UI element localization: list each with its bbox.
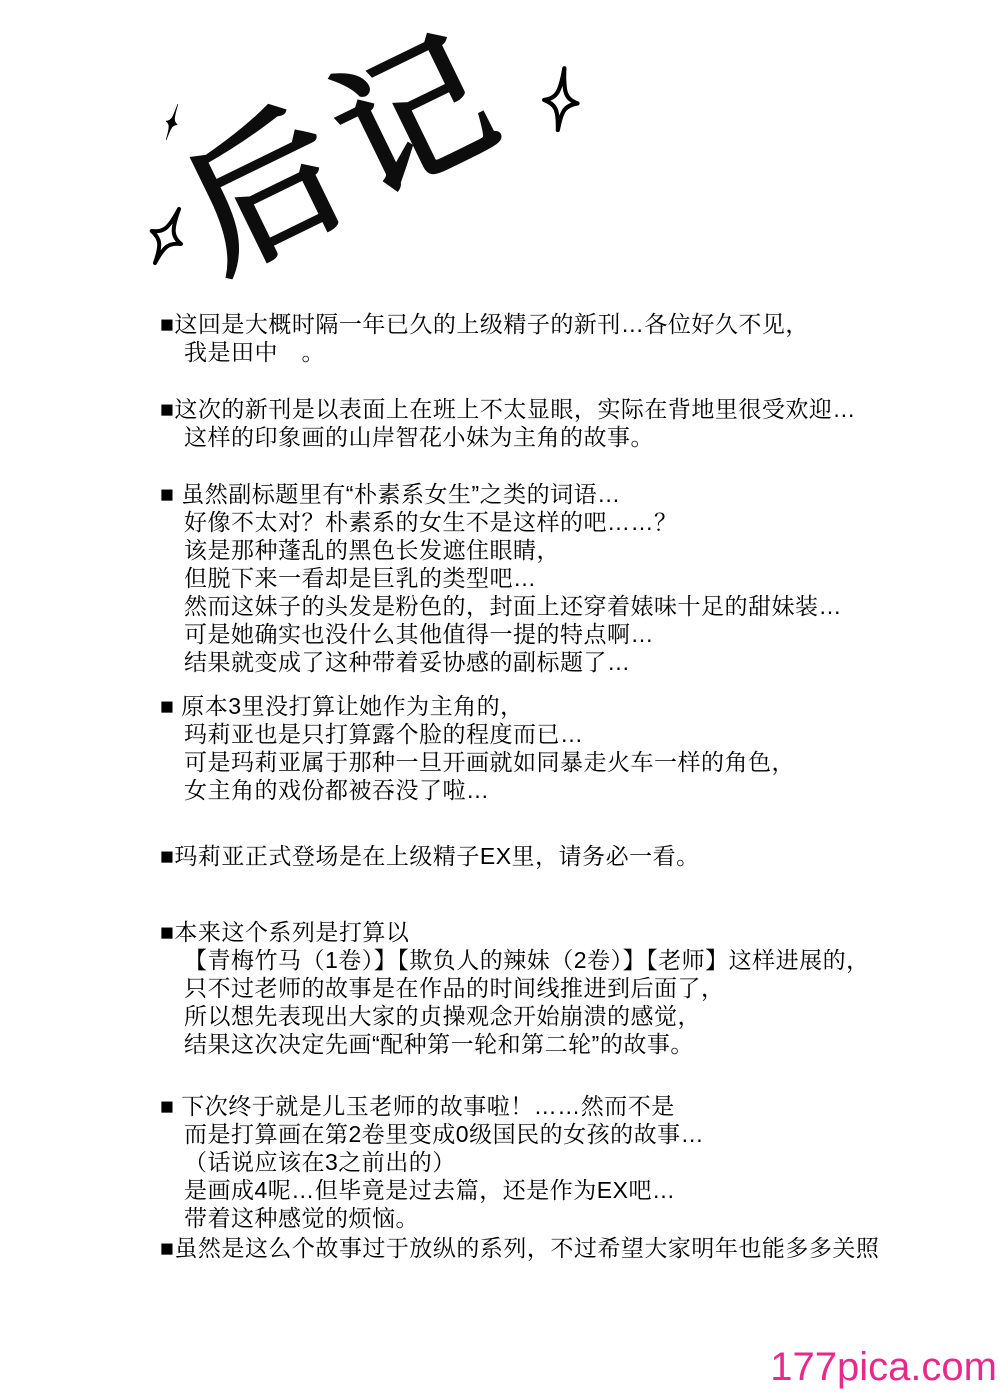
text-line: 然而这妹子的头发是粉色的，封面上还穿着婊味十足的甜妹装… (184, 592, 879, 620)
paragraph: ■玛莉亚正式登场是在上级精子EX里，请务必一看。 (160, 842, 879, 870)
text-line: （话说应该在3之前出的） (184, 1148, 879, 1176)
text-line: 该是那种蓬乱的黑色长发遮住眼睛， (184, 536, 879, 564)
paragraph: ■虽然是这么个故事过于放纵的系列，不过希望大家明年也能多多关照 (160, 1234, 879, 1262)
text-line: 所以想先表现出大家的贞操观念开始崩溃的感觉， (184, 1002, 879, 1030)
text-line: ■ 虽然副标题里有“朴素系女生”之类的词语… (160, 480, 879, 508)
paragraph: ■ 下次终于就是儿玉老师的故事啦！……然而不是 而是打算画在第2卷里变成0级国民… (160, 1092, 879, 1232)
text-line: 只不过老师的故事是在作品的时间线推进到后面了， (184, 974, 879, 1002)
afterword-page: 后记 ■这回是大概时隔一年已久的上级精子的新刊…各位好久不见， 我是田中 。 ■… (0, 0, 1000, 1399)
text-line: ■ 下次终于就是儿玉老师的故事啦！……然而不是 (160, 1092, 879, 1120)
text-line: ■本来这个系列是打算以 (160, 918, 879, 946)
text-line: 好像不太对？朴素系的女生不是这样的吧……？ (184, 508, 879, 536)
text-line: ■ 原本3里没打算让她作为主角的， (160, 692, 879, 720)
watermark: 177pica.com (770, 1345, 997, 1390)
page-title: 后记 (164, 11, 528, 291)
sparkle-icon (536, 60, 586, 140)
text-line: 是画成4呢…但毕竟是过去篇，还是作为EX吧… (184, 1176, 879, 1204)
text-line: 带着这种感觉的烦恼。 (184, 1204, 879, 1232)
text-line: ■这次的新刊是以表面上在班上不太显眼，实际在背地里很受欢迎… (160, 395, 879, 423)
afterword-text: ■这回是大概时隔一年已久的上级精子的新刊…各位好久不见， 我是田中 。 ■这次的… (160, 310, 879, 1262)
text-line: 可是她确实也没什么其他值得一提的特点啊… (184, 620, 879, 648)
paragraph: ■这回是大概时隔一年已久的上级精子的新刊…各位好久不见， 我是田中 。 (160, 310, 879, 366)
text-line: 玛莉亚也是只打算露个脸的程度而已… (184, 720, 879, 748)
text-line: 结果这次决定先画“配种第一轮和第二轮”的故事。 (184, 1030, 879, 1058)
text-line: 结果就变成了这种带着妥协感的副标题了… (184, 648, 879, 676)
text-line: 而是打算画在第2卷里变成0级国民的女孩的故事… (184, 1120, 879, 1148)
text-line: ■这回是大概时隔一年已久的上级精子的新刊…各位好久不见， (160, 310, 879, 338)
text-line: 这样的印象画的山岸智花小妹为主角的故事。 (184, 423, 879, 451)
paragraph: ■ 虽然副标题里有“朴素系女生”之类的词语… 好像不太对？朴素系的女生不是这样的… (160, 480, 879, 676)
text-line: 女主角的戏份都被吞没了啦… (184, 776, 879, 804)
text-line: ■玛莉亚正式登场是在上级精子EX里，请务必一看。 (160, 842, 879, 870)
text-line: 可是玛莉亚属于那种一旦开画就如同暴走火车一样的角色， (184, 748, 879, 776)
paragraph: ■本来这个系列是打算以 【青梅竹马（1卷）】【欺负人的辣妹（2卷）】【老师】这样… (160, 918, 879, 1058)
text-line: ■虽然是这么个故事过于放纵的系列，不过希望大家明年也能多多关照 (160, 1234, 879, 1262)
paragraph: ■这次的新刊是以表面上在班上不太显眼，实际在背地里很受欢迎… 这样的印象画的山岸… (160, 395, 879, 451)
text-line: 我是田中 。 (184, 338, 879, 366)
paragraph: ■ 原本3里没打算让她作为主角的， 玛莉亚也是只打算露个脸的程度而已… 可是玛莉… (160, 692, 879, 804)
text-line: 但脱下来一看却是巨乳的类型吧… (184, 564, 879, 592)
text-line: 【青梅竹马（1卷）】【欺负人的辣妹（2卷）】【老师】这样进展的， (184, 946, 879, 974)
